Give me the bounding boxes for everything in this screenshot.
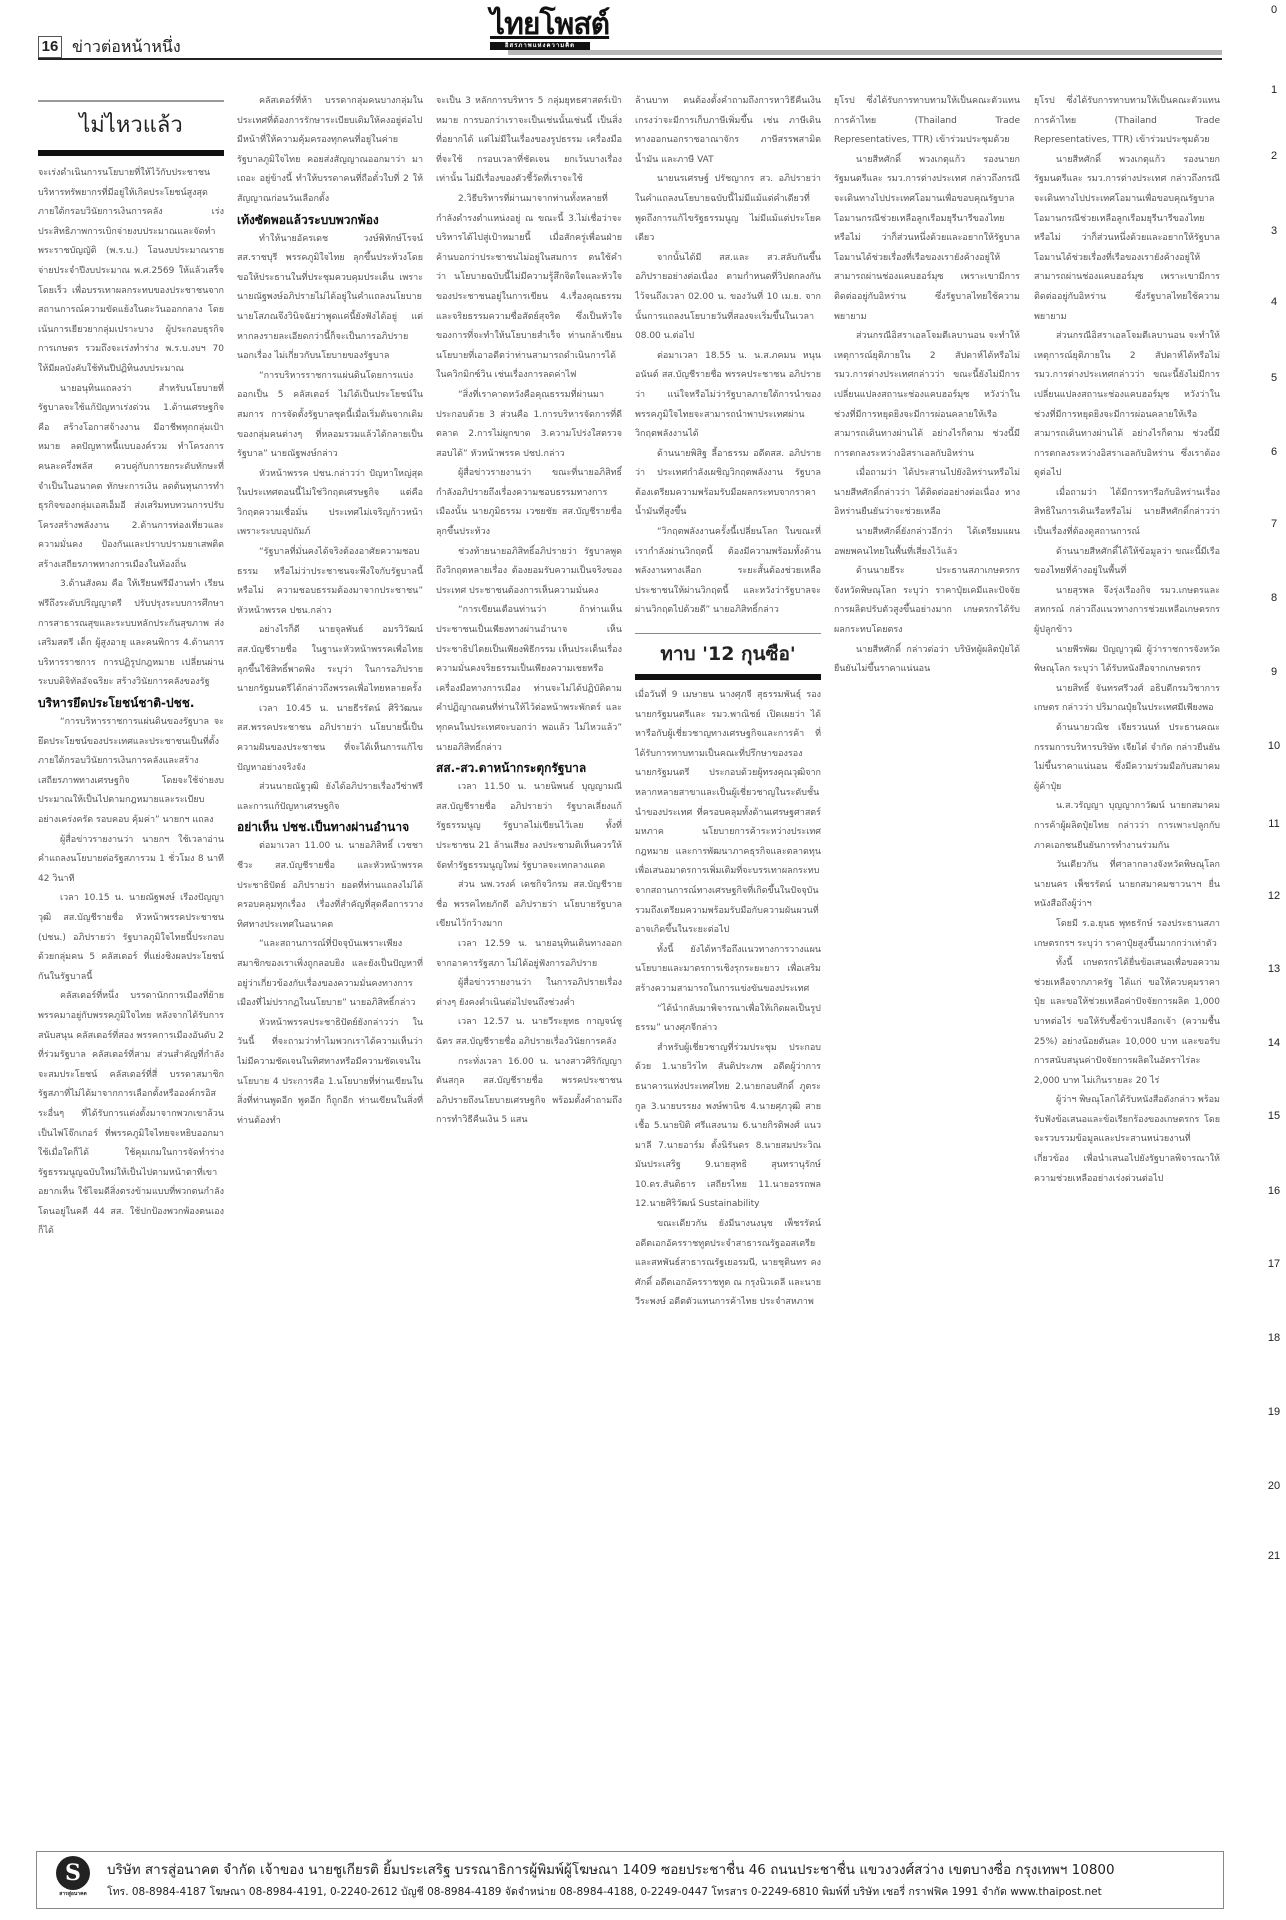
paragraph: 3.ด้านสังคม คือ ให้เรียนฟรีมีงานทำ เรียน… [38, 575, 224, 693]
article-columns: ไม่ไหวแล้ว จะเร่งดำเนินการนโยบายที่ให้ไว… [38, 92, 1222, 1832]
paragraph: ด้านนายธีระ ประธานสภาเกษตรกร จังหวัดพิษณ… [834, 562, 1020, 640]
paragraph: ผู้สื่อข่าวรายงานว่า ในการอภิปรายเรื่องต… [436, 974, 622, 1013]
paragraph: หัวหน้าพรรคประชาธิปัตย์ยังกล่าวว่า ในวัน… [237, 1014, 423, 1132]
paragraph: ต่อมาเวลา 11.00 น. นายอภิสิทธิ์ เวชชาชีว… [237, 837, 423, 935]
margin-mark: 3 [1262, 225, 1286, 237]
paragraph: อย่างไรก็ดี นายจุลพันธ์ อมรวิวัฒน์ สส.บั… [237, 621, 423, 699]
paragraph: น.ส.วรัญญา บุญญากาวัฒน์ นายกสมาคมการค้าผ… [1034, 797, 1220, 856]
publisher-info: บริษัท สารสู่อนาคต จำกัด เจ้าของ นายชูเก… [107, 1860, 1115, 1880]
paragraph: จะเป็น 3 หลักการบริหาร 5 กลุ่มยุทธศาสตร์… [436, 92, 622, 190]
subhead: บริหารยึดประโยชน์ชาติ-ปชช. [38, 693, 224, 713]
paragraph: ทั้งนี้ ยังได้หารือถึงแนวทางการวางแผนนโย… [635, 941, 821, 1000]
margin-mark: 20 [1262, 1480, 1286, 1492]
paragraph: “และสถานการณ์ที่ปัจจุบันเพราะเพียงสมาชิก… [237, 935, 423, 1013]
paragraph: “รัฐบาลที่มั่นคงได้จริงต้องอาศัยความชอบธ… [237, 543, 423, 621]
paragraph: วันเดียวกัน ที่ศาลากลางจังหวัดพิษณุโลก น… [1034, 856, 1220, 915]
paragraph: “การเขียนเตือนท่านว่า ถ้าท่านเห็นประชาชน… [436, 601, 622, 758]
paragraph: “การบริหารราชการแผ่นดินของรัฐบาล จะยึดปร… [38, 713, 224, 831]
margin-mark: 11 [1262, 818, 1286, 830]
paragraph: ช่วงท้ายนายอภิสิทธิ์อภิปรายว่า รัฐบาลพูด… [436, 543, 622, 602]
paragraph: ด้านนายวณิช เจียรวนนท์ ประธานคณะกรรมการบ… [1034, 719, 1220, 797]
paragraph: นายสีหศักดิ์ พวงเกตุแก้ว รองนายกรัฐมนตรี… [834, 151, 1020, 327]
margin-mark: 4 [1262, 296, 1286, 308]
margin-mark: 0 [1262, 4, 1286, 16]
subhead: อย่าเห็น ปชช.เป็นทางผ่านอำนาจ [237, 817, 423, 837]
paragraph: เวลา 12.57 น. นายวีระยุทธ กาญจน์ชูฉัตร ส… [436, 1013, 622, 1052]
margin-mark: 12 [1262, 890, 1286, 902]
paragraph: ด้านนายสีหศักดิ์ได้ให้ข้อมูลว่า ขณะนี้มี… [1034, 543, 1220, 582]
margin-mark: 2 [1262, 150, 1286, 162]
margin-mark: 19 [1262, 1406, 1286, 1418]
paragraph: ทั้งนี้ เกษตรกรได้ยื่นข้อเสนอเพื่อขอความ… [1034, 954, 1220, 1091]
paragraph: ผู้สื่อข่าวรายงานว่า นายกฯ ใช้เวลาอ่านคำ… [38, 831, 224, 890]
paragraph: ด้านนายพิสิฐ ลี้อาธรรม อดีตสส. อภิปรายว่… [635, 445, 821, 523]
paragraph: เวลา 12.59 น. นายอนุทินเดินทางออกจากอาคา… [436, 935, 622, 974]
publisher-contacts: โทร. 08-8984-4187 โฆษณา 08-8984-4191, 0-… [107, 1883, 1102, 1901]
margin-mark: 7 [1262, 518, 1286, 530]
paragraph: สำหรับผู้เชี่ยวชาญที่ร่วมประชุม ประกอบด้… [635, 1039, 821, 1215]
paragraph: คลัสเตอร์ที่หนึ่ง บรรดานักการเมืองที่ย้า… [38, 987, 224, 1242]
margin-mark: 10 [1262, 740, 1286, 752]
margin-mark: 15 [1262, 1110, 1286, 1122]
paragraph: เวลา 10.15 น. นายณัฐพงษ์ เรืองปัญญาวุฒิ … [38, 889, 224, 987]
margin-mark: 13 [1262, 963, 1286, 975]
margin-mark: 9 [1262, 666, 1286, 678]
paragraph: นายสิทธิ์ จันทรศรีวงศ์ อธิบดีกรมวิชาการเ… [1034, 680, 1220, 719]
margin-mark: 17 [1262, 1258, 1286, 1270]
paragraph: “วิกฤตพลังงานครั้งนี้เปลี่ยนโลก ในขณะที่… [635, 523, 821, 621]
paragraph: ส่วน นพ.วรงค์ เดชกิจวิกรม สส.บัญชีรายชื่… [436, 876, 622, 935]
paragraph: คลัสเตอร์ที่ห้า บรรดากลุ่มคนบางกลุ่มในปร… [237, 92, 423, 210]
column-3: จะเป็น 3 หลักการบริหาร 5 กลุ่มยุทธศาสตร์… [436, 92, 622, 1832]
masthead-title: ไทยโพสต์ [490, 8, 610, 42]
margin-mark: 14 [1262, 1037, 1286, 1049]
inset-rule-bottom [635, 674, 821, 680]
paragraph: โดยมี ร.อ.ยุนธ พุทธรักษ์ รองประธานสภาเกษ… [1034, 915, 1220, 954]
header-rule [38, 58, 1222, 60]
paragraph: ทำให้นายอัครเดช วงษ์พิทักษ์โรจน์ สส.ราชบ… [237, 230, 423, 367]
masthead-logo: ไทยโพสต์ อิสรภาพแห่งความคิด [490, 8, 610, 58]
publisher-logo-icon [56, 1856, 90, 1890]
paragraph: เมื่อถามว่า ได้มีการหารือกับอิหร่านเรื่อ… [1034, 484, 1220, 543]
paragraph: นายสุรพล จึงรุ่งเรืองกิจ รมว.เกษตรและสหก… [1034, 582, 1220, 641]
column-2: คลัสเตอร์ที่ห้า บรรดากลุ่มคนบางกลุ่มในปร… [237, 92, 423, 1832]
paragraph: นายนรเศรษฐ์ ปรัชญากร สว. อภิปรายว่า ในคำ… [635, 170, 821, 248]
headline-box: ไม่ไหวแล้ว [38, 100, 224, 156]
paragraph: ขณะเดียวกัน ยังมีนางนงนุช เพ็ชรรัตน์ อดี… [635, 1215, 821, 1313]
paragraph: นายสีหศักดิ์ พวงเกตุแก้ว รองนายกรัฐมนตรี… [1034, 151, 1220, 327]
paragraph: กระทั่งเวลา 16.00 น. นางสาวศิริกัญญา ตัน… [436, 1053, 622, 1131]
header-rule-gray [508, 50, 1222, 55]
paragraph: นายอนุทินแถลงว่า สำหรับนโยบายที่รัฐบาลจะ… [38, 380, 224, 576]
paragraph: 2.วิธีบริหารที่ผ่านมาจากท่านทั้งหลายที่ก… [436, 190, 622, 386]
margin-line-markers: 0123456789101112131415161718192021 [1262, 0, 1286, 1920]
margin-mark: 5 [1262, 372, 1286, 384]
section-title: ข่าวต่อหน้าหนึ่ง [72, 36, 181, 58]
publisher-footer: สารสู่อนาคต บริษัท สารสู่อนาคต จำกัด เจ้… [36, 1851, 1224, 1909]
column-1: ไม่ไหวแล้ว จะเร่งดำเนินการนโยบายที่ให้ไว… [38, 92, 224, 1832]
paragraph: ยุโรป ซึ่งได้รับการทาบทามให้เป็นคณะตัวแท… [834, 92, 1020, 151]
paragraph: “ได้นำกลับมาพิจารณาเพื่อให้เกิดผลเป็นรูป… [635, 1000, 821, 1039]
paragraph: ต่อมาเวลา 18.55 น. น.ส.ภคมน หนุนอนันต์ ส… [635, 347, 821, 445]
paragraph: เมื่อถามว่า ได้ประสานไปยังอิหร่านหรือไม่… [834, 464, 1020, 523]
paragraph: ส่วนนายณัฐวุฒิ ยังได้อภิปรายเรื่องวีซ่าฟ… [237, 778, 423, 817]
paragraph: ยุโรป ซึ่งได้รับการทาบทามให้เป็นคณะตัวแท… [1034, 92, 1220, 151]
paragraph: เมื่อวันที่ 9 เมษายน นางศุภจี สุธรรมพันธ… [635, 686, 821, 941]
paragraph: นายพีรพัฒ ปัญญาวุฒิ ผู้ว่าราชการจังหวัดพ… [1034, 641, 1220, 680]
margin-mark: 18 [1262, 1332, 1286, 1344]
inset-headline-title: ทาบ '12 กุนซือ' [635, 634, 821, 674]
margin-mark: 8 [1262, 592, 1286, 604]
paragraph: “การบริหารราชการแผ่นดินโดยการแบ่งออกเป็น… [237, 367, 423, 465]
column-5: ยุโรป ซึ่งได้รับการทาบทามให้เป็นคณะตัวแท… [834, 92, 1020, 1832]
margin-mark: 16 [1262, 1185, 1286, 1197]
publisher-logo: สารสู่อนาคต [53, 1856, 93, 1906]
paragraph: จากนั้นได้มี สส.และ สว.สลับกันขึ้นอภิปรา… [635, 249, 821, 347]
paragraph: ผู้สื่อข่าวรายงานว่า ขณะที่นายอภิสิทธิ์ก… [436, 464, 622, 542]
paragraph: หัวหน้าพรรค ปชน.กล่าวว่า ปัญหาใหญ่สุดในป… [237, 465, 423, 543]
margin-mark: 1 [1262, 84, 1286, 96]
paragraph: เวลา 11.50 น. นายนิพนธ์ บุญญามณี สส.บัญช… [436, 778, 622, 876]
paragraph: ส่วนกรณีอิสราเอลโจมตีเลบานอน จะทำให้เหตุ… [834, 327, 1020, 464]
paragraph: “สิ่งที่เราคาดหวังคือคุณธรรมที่ผ่านมาประ… [436, 386, 622, 464]
column-4: ล้านบาท ตนต้องตั้งคำถามถึงการหาวิธีคืนเง… [635, 92, 821, 1832]
publisher-logo-caption: สารสู่อนาคต [53, 1890, 93, 1898]
margin-mark: 21 [1262, 1550, 1286, 1562]
paragraph: นายสีหศักดิ์ยังกล่าวอีกว่า ได้เตรียมแผนอ… [834, 523, 1020, 562]
column-6: ยุโรป ซึ่งได้รับการทาบทามให้เป็นคณะตัวแท… [1034, 92, 1220, 1832]
paragraph: นายสีหศักดิ์ กล่าวต่อว่า บริษัทผู้ผลิตปุ… [834, 641, 1020, 680]
page-number: 16 [38, 36, 62, 58]
headline-rule-bottom [38, 150, 224, 156]
masthead-tagline: อิสรภาพแห่งความคิด [490, 42, 590, 50]
subhead: สส.-สว.ดาหน้ากระตุกรัฐบาล [436, 758, 622, 778]
paragraph: ล้านบาท ตนต้องตั้งคำถามถึงการหาวิธีคืนเง… [635, 92, 821, 170]
paragraph: ผู้ว่าฯ พิษณุโลกได้รับหนังสือดังกล่าว พร… [1034, 1091, 1220, 1189]
page-header: 16 ข่าวต่อหน้าหนึ่ง ไทยโพสต์ อิสรภาพแห่ง… [38, 0, 1222, 62]
margin-mark: 6 [1262, 446, 1286, 458]
subhead: เท้งซัดพอแล้วระบบพวกพ้อง [237, 210, 423, 230]
inset-headline-box: ทาบ '12 กุนซือ' [635, 633, 821, 680]
paragraph: จะเร่งดำเนินการนโยบายที่ให้ไว้กับประชาชน… [38, 164, 224, 380]
paragraph: เวลา 10.45 น. นายธีรรัตน์ ศิริวัฒนะ สส.พ… [237, 700, 423, 778]
paragraph: ส่วนกรณีอิสราเอลโจมตีเลบานอน จะทำให้เหตุ… [1034, 327, 1220, 484]
headline-title: ไม่ไหวแล้ว [38, 102, 224, 150]
